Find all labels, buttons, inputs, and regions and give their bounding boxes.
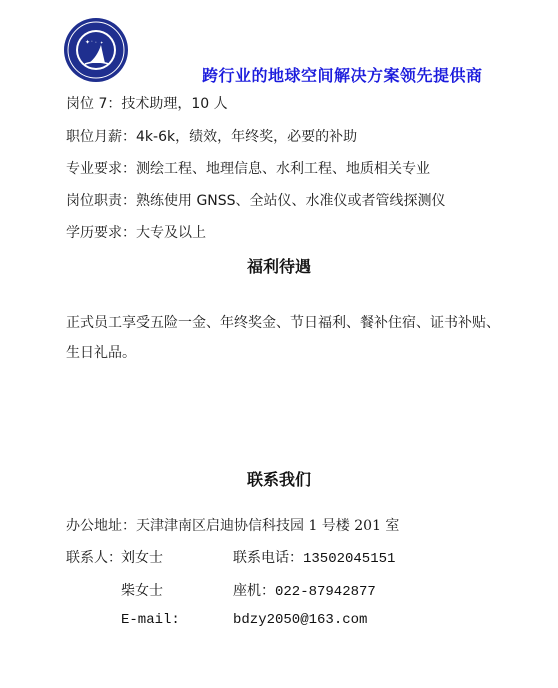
job-position: 岗位 7：技术助理，10 人 — [66, 93, 228, 113]
contact-row-1: 联系人： — [66, 547, 122, 567]
svg-text:✦: ✦ — [85, 39, 90, 46]
company-logo: ✦ • • ✦ — [63, 17, 129, 83]
benefits-line-1: 正式员工享受五险一金、年终奖金、节日福利、餐补住宿、证书补贴、 — [66, 312, 500, 332]
svg-text:•: • — [91, 39, 93, 43]
contact-address: 办公地址：天津津南区启迪协信科技园 1 号楼 201 室 — [66, 515, 399, 535]
contact-person-1: 刘女士 — [121, 547, 163, 567]
slogan: 跨行业的地球空间解决方案领先提供商 — [202, 63, 483, 86]
email-label: E-mail: — [121, 612, 180, 628]
benefits-line-2: 生日礼品。 — [66, 342, 136, 362]
job-major: 专业要求：测绘工程、地理信息、水利工程、地质相关专业 — [66, 158, 430, 178]
seal-icon: ✦ • • ✦ — [63, 17, 129, 83]
job-education: 学历要求：大专及以上 — [66, 222, 206, 242]
contact-title: 联系我们 — [0, 467, 558, 490]
contact-label: 联系人： — [66, 550, 122, 566]
svg-text:•: • — [95, 40, 97, 44]
contact-person-2: 柴女士 — [121, 580, 163, 600]
contact-landline: 座机：022-87942877 — [233, 580, 376, 600]
job-salary: 职位月薪：4k-6k，绩效，年终奖，必要的补助 — [66, 126, 357, 146]
contact-phone: 联系电话：13502045151 — [233, 547, 395, 567]
benefits-title: 福利待遇 — [0, 254, 558, 277]
email-value[interactable]: bdzy2050@163.com — [233, 612, 367, 628]
job-duties: 岗位职责：熟练使用 GNSS、全站仪、水准仪或者管线探测仪 — [66, 190, 446, 210]
